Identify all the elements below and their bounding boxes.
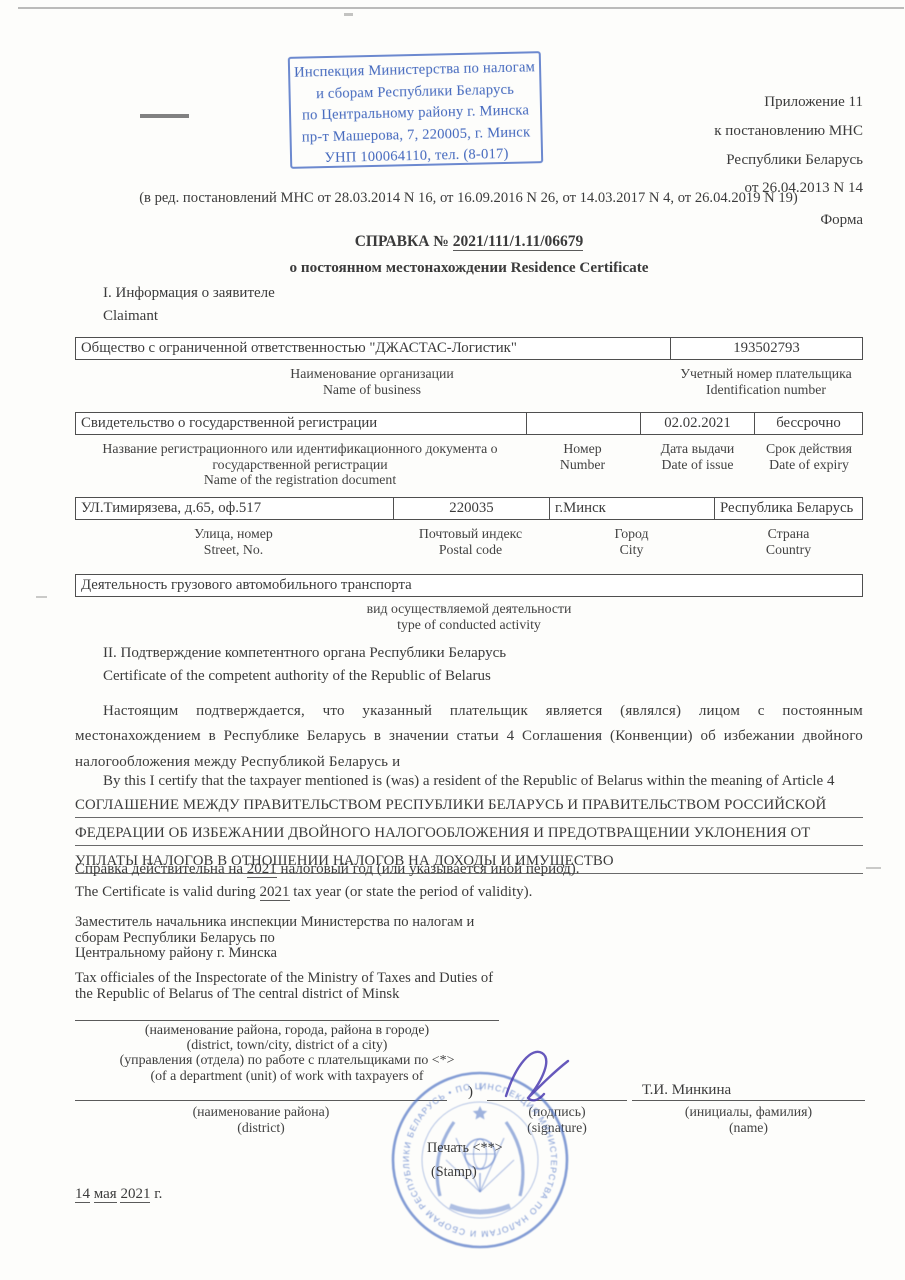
label-en: Number xyxy=(525,457,640,473)
city-label: Город City xyxy=(549,526,714,557)
caption-line: (наименование района, города, района в г… xyxy=(75,1023,499,1038)
activity-cell: Деятельность грузового автомобильного тр… xyxy=(76,575,862,596)
registration-issue-label: Дата выдачи Date of issue xyxy=(640,441,755,472)
validity-en-pre: The Certificate is valid during xyxy=(75,884,260,900)
title-prefix: СПРАВКА № xyxy=(355,233,453,250)
caption-line: (управления (отдела) по работе с платель… xyxy=(75,1053,499,1068)
registration-issue-date-cell: 02.02.2021 xyxy=(640,413,754,434)
date-day: 14 xyxy=(75,1186,90,1203)
label-ru: Город xyxy=(549,526,714,542)
label-en: Street, No. xyxy=(75,542,392,558)
scan-artifact-mark-top-center xyxy=(344,13,353,16)
official-title-en: Tax officiales of the Inspectorate of th… xyxy=(75,971,493,1002)
validity-line-en: The Certificate is valid during 2021 tax… xyxy=(75,884,532,901)
postal-label: Почтовый индекс Postal code xyxy=(392,526,549,557)
official-ru-line: сборам Республики Беларусь по xyxy=(75,931,474,947)
forma-label: Форма xyxy=(75,212,863,229)
country-label: Страна Country xyxy=(714,526,863,557)
handwritten-signature xyxy=(498,1044,576,1108)
district-field-line xyxy=(75,1020,499,1021)
label-ru: Дата выдачи xyxy=(640,441,755,457)
registration-number-label: Номер Number xyxy=(525,441,640,472)
revision-line: (в ред. постановлений МНС от 28.03.2014 … xyxy=(59,190,878,207)
stamp-label-en: (Stamp) xyxy=(431,1164,477,1181)
label-ru: Учетный номер плательщика xyxy=(669,366,863,382)
activity-label: вид осуществляемой деятельности type of … xyxy=(75,601,863,632)
scan-artifact-left-dash xyxy=(36,596,47,598)
label-en: City xyxy=(549,542,714,558)
appendix-line: Приложение 11 xyxy=(600,88,863,117)
label-en: Name of the registration document xyxy=(95,472,505,488)
label-en: Postal code xyxy=(392,542,549,558)
scanned-document-page: Инспекция Министерства по налогам и сбор… xyxy=(0,0,905,1280)
label-ru: Наименование организации xyxy=(75,366,669,382)
scan-artifact-right-dash xyxy=(866,867,881,869)
validity-ru-post: налоговый год (или указывается иной пери… xyxy=(277,861,580,877)
date-month: мая xyxy=(94,1186,117,1203)
certify-paragraph-ru: Настоящим подтверждается, что указанный … xyxy=(75,699,863,775)
section1-heading-ru: I. Информация о заявителе xyxy=(103,285,275,302)
activity-table: Деятельность грузового автомобильного тр… xyxy=(75,574,863,597)
label-en: Date of issue xyxy=(640,457,755,473)
label-en: Country xyxy=(714,542,863,558)
scan-artifact-dark-bar xyxy=(140,114,189,118)
label-en: Identification number xyxy=(669,382,863,398)
appendix-block: Приложение 11 к постановлению МНС Респуб… xyxy=(600,88,863,203)
label-ru: Улица, номер xyxy=(75,526,392,542)
official-en-line: the Republic of Belarus of The central d… xyxy=(75,987,493,1003)
validity-ru-year: 2021 xyxy=(247,861,277,878)
agreement-line: СОГЛАШЕНИЕ МЕЖДУ ПРАВИТЕЛЬСТВОМ РЕСПУБЛИ… xyxy=(75,795,863,818)
registration-doc-label: Название регистрационного или идентифика… xyxy=(95,441,505,488)
date-suffix: г. xyxy=(150,1186,162,1202)
city-cell: г.Минск xyxy=(549,498,714,519)
street-cell: УЛ.Тимирязева, д.65, оф.517 xyxy=(76,498,393,519)
organisation-name-label: Наименование организации Name of busines… xyxy=(75,366,669,397)
date-year: 2021 xyxy=(120,1186,150,1203)
official-title-ru: Заместитель начальника инспекции Министе… xyxy=(75,915,474,962)
label-ru: Почтовый индекс xyxy=(392,526,549,542)
name-line xyxy=(632,1100,865,1101)
section1-heading-en: Claimant xyxy=(103,308,158,325)
official-name: Т.И. Минкина xyxy=(642,1082,731,1099)
registration-expiry-label: Срок действия Date of expiry xyxy=(752,441,866,472)
agreement-line: ФЕДЕРАЦИИ ОБ ИЗБЕЖАНИИ ДВОЙНОГО НАЛОГООБ… xyxy=(75,823,863,846)
validity-line-ru: Справка действительна на 2021 налоговый … xyxy=(75,861,580,878)
label-ru: Номер xyxy=(525,441,640,457)
postal-code-cell: 220035 xyxy=(393,498,549,519)
inspection-address-stamp: Инспекция Министерства по налогам и сбор… xyxy=(288,51,543,169)
caption-line: (district, town/city, district of a city… xyxy=(75,1038,499,1053)
validity-en-post: tax year (or state the period of validit… xyxy=(290,884,533,900)
certify-paragraph-en: By this I certify that the taxpayer ment… xyxy=(75,773,863,790)
country-cell: Республика Беларусь xyxy=(714,498,862,519)
official-en-line: Tax officiales of the Inspectorate of th… xyxy=(75,971,493,987)
appendix-line: Республики Беларусь xyxy=(600,146,863,175)
stamp-line: УНП 100064110, тел. (8-017) xyxy=(292,143,541,170)
issue-date: 14 мая 2021 г. xyxy=(75,1186,162,1203)
certificate-number: 2021/111/1.11/06679 xyxy=(453,233,583,251)
registration-table: Свидетельство о государственной регистра… xyxy=(75,412,863,435)
document-subtitle: о постоянном местонахождении Residence C… xyxy=(75,259,863,277)
organisation-name-cell: Общество с ограниченной ответственностью… xyxy=(76,338,670,359)
scan-artifact-top-line xyxy=(18,7,904,9)
label-en: type of conducted activity xyxy=(75,617,863,633)
official-ru-line: Заместитель начальника инспекции Министе… xyxy=(75,915,474,931)
validity-ru-pre: Справка действительна на xyxy=(75,861,247,877)
section2-heading-ru: II. Подтверждение компетентного органа Р… xyxy=(103,645,506,662)
appendix-line: к постановлению МНС xyxy=(600,117,863,146)
label-ru: (инициалы, фамилия) xyxy=(632,1104,865,1120)
validity-en-year: 2021 xyxy=(260,884,290,901)
label-ru: Срок действия xyxy=(752,441,866,457)
registration-expiry-cell: бессрочно xyxy=(754,413,862,434)
registration-number-cell xyxy=(526,413,640,434)
payer-id-cell: 193502793 xyxy=(670,338,862,359)
registration-doc-cell: Свидетельство о государственной регистра… xyxy=(76,413,526,434)
label-ru: Страна xyxy=(714,526,863,542)
payer-id-label: Учетный номер плательщика Identification… xyxy=(669,366,863,397)
label-ru: вид осуществляемой деятельности xyxy=(75,601,863,617)
section2-heading-en: Certificate of the competent authority o… xyxy=(103,668,491,685)
label-ru: Название регистрационного или идентифика… xyxy=(95,441,505,472)
label-en: Name of business xyxy=(75,382,669,398)
name-labels: (инициалы, фамилия) (name) xyxy=(632,1104,865,1135)
pechat-label: Печать <**> xyxy=(427,1140,503,1157)
address-table: УЛ.Тимирязева, д.65, оф.517 220035 г.Мин… xyxy=(75,497,863,520)
document-title: СПРАВКА № 2021/111/1.11/06679 xyxy=(75,233,863,251)
label-en: Date of expiry xyxy=(752,457,866,473)
label-en: (name) xyxy=(632,1120,865,1136)
street-label: Улица, номер Street, No. xyxy=(75,526,392,557)
official-ru-line: Центральному району г. Минска xyxy=(75,946,474,962)
organisation-table: Общество с ограниченной ответственностью… xyxy=(75,337,863,360)
